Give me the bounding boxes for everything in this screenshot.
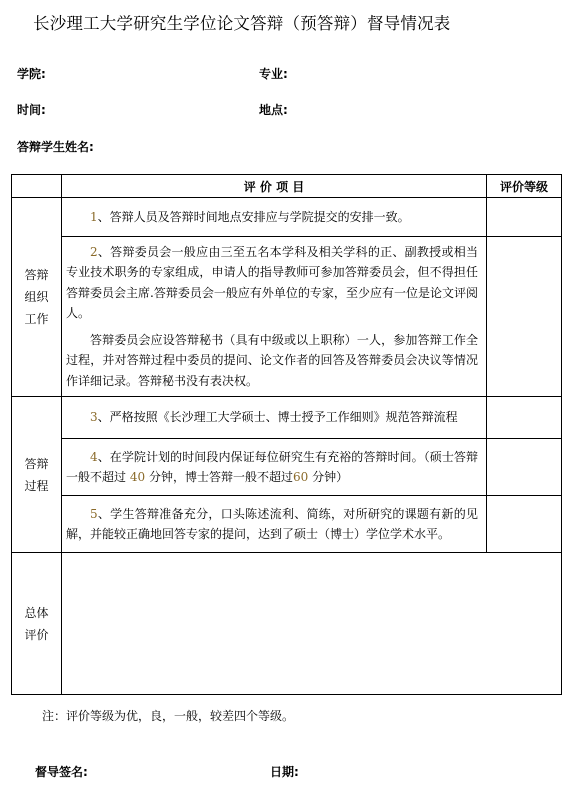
table-row: 4、在学院计划的时间段内保证每位研究生有充裕的答辩时间。（硕士答辩一般不超过 4… [12,439,562,496]
item-text-secretary: 答辩委员会应设答辩秘书（具有中级或以上职称）一人，参加答辩工作全过程，并对答辩过… [66,330,478,392]
table-row: 总体 评价 [12,553,562,695]
category-line: 过程 [12,475,61,497]
date-label: 日期: [270,763,299,780]
college-label: 学院: [17,65,46,82]
supervisor-signature-label: 督导签名: [35,763,88,780]
header-grade: 评价等级 [487,175,562,198]
item-number: 3 [90,410,98,424]
time-label: 时间: [17,101,46,118]
item-text: 分钟，博士答辩一般不超过 [149,470,293,484]
category-line: 工作 [12,308,61,330]
category-line: 总体 [12,602,61,624]
item-2: 2、答辩委员会一般应由三至五名本学科及相关学科的正、副教授或相当专业技术职务的专… [62,237,487,397]
table-row: 答辩 组织 工作 1、答辩人员及答辩时间地点安排应与学院提交的安排一致。 [12,198,562,237]
item-number: 5 [90,507,98,521]
table-row: 5、学生答辩准备充分，口头陈述流利、简练，对所研究的课题有新的见解，并能较正确地… [12,496,562,553]
header-category [12,175,62,198]
category-line: 答辩 [12,453,61,475]
grade-cell-5[interactable] [487,496,562,553]
item-5: 5、学生答辩准备充分，口头陈述流利、简练，对所研究的课题有新的见解，并能较正确地… [62,496,487,553]
table-row: 2、答辩委员会一般应由三至五名本学科及相关学科的正、副教授或相当专业技术职务的专… [12,237,562,397]
item-1: 1、答辩人员及答辩时间地点安排应与学院提交的安排一致。 [62,198,487,237]
doctor-minutes: 60 [293,470,308,484]
student-name-label: 答辩学生姓名: [17,138,94,155]
grade-cell-1[interactable] [487,198,562,237]
table-header-row: 评 价 项 目 评价等级 [12,175,562,198]
page-title: 长沙理工大学研究生学位论文答辩（预答辩）督导情况表 [33,10,451,34]
item-text: 、答辩人员及答辩时间地点安排应与学院提交的安排一致。 [98,210,410,224]
item-number: 2 [90,245,98,259]
major-label: 专业: [259,65,288,82]
category-line: 评价 [12,624,61,646]
category-process: 答辩 过程 [12,397,62,553]
location-label: 地点: [259,101,288,118]
category-overall: 总体 评价 [12,553,62,695]
item-text: 、严格按照《长沙理工大学硕士、博士授予工作细则》规范答辩流程 [98,410,458,424]
category-line: 答辩 [12,264,61,286]
item-3: 3、严格按照《长沙理工大学硕士、博士授予工作细则》规范答辩流程 [62,397,487,439]
item-number: 4 [90,450,98,464]
grade-cell-3[interactable] [487,397,562,439]
evaluation-table: 评 价 项 目 评价等级 答辩 组织 工作 1、答辩人员及答辩时间地点安排应与学… [11,174,562,695]
category-line: 组织 [12,286,61,308]
master-minutes: 40 [130,470,145,484]
item-text: 、答辩委员会一般应由三至五名本学科及相关学科的正、副教授或相当专业技术职务的专家… [66,245,478,321]
table-row: 答辩 过程 3、严格按照《长沙理工大学硕士、博士授予工作细则》规范答辩流程 [12,397,562,439]
category-organization: 答辩 组织 工作 [12,198,62,397]
header-items: 评 价 项 目 [62,175,487,198]
item-4: 4、在学院计划的时间段内保证每位研究生有充裕的答辩时间。（硕士答辩一般不超过 4… [62,439,487,496]
item-text: 、学生答辩准备充分，口头陈述流利、简练，对所研究的课题有新的见解，并能较正确地回… [66,507,478,542]
grade-cell-2[interactable] [487,237,562,397]
item-text: 分钟） [312,470,348,484]
grade-cell-4[interactable] [487,439,562,496]
grading-note: 注：评价等级为优，良，一般，较差四个等级。 [42,707,294,724]
item-number: 1 [90,210,98,224]
overall-evaluation-field[interactable] [62,553,562,695]
